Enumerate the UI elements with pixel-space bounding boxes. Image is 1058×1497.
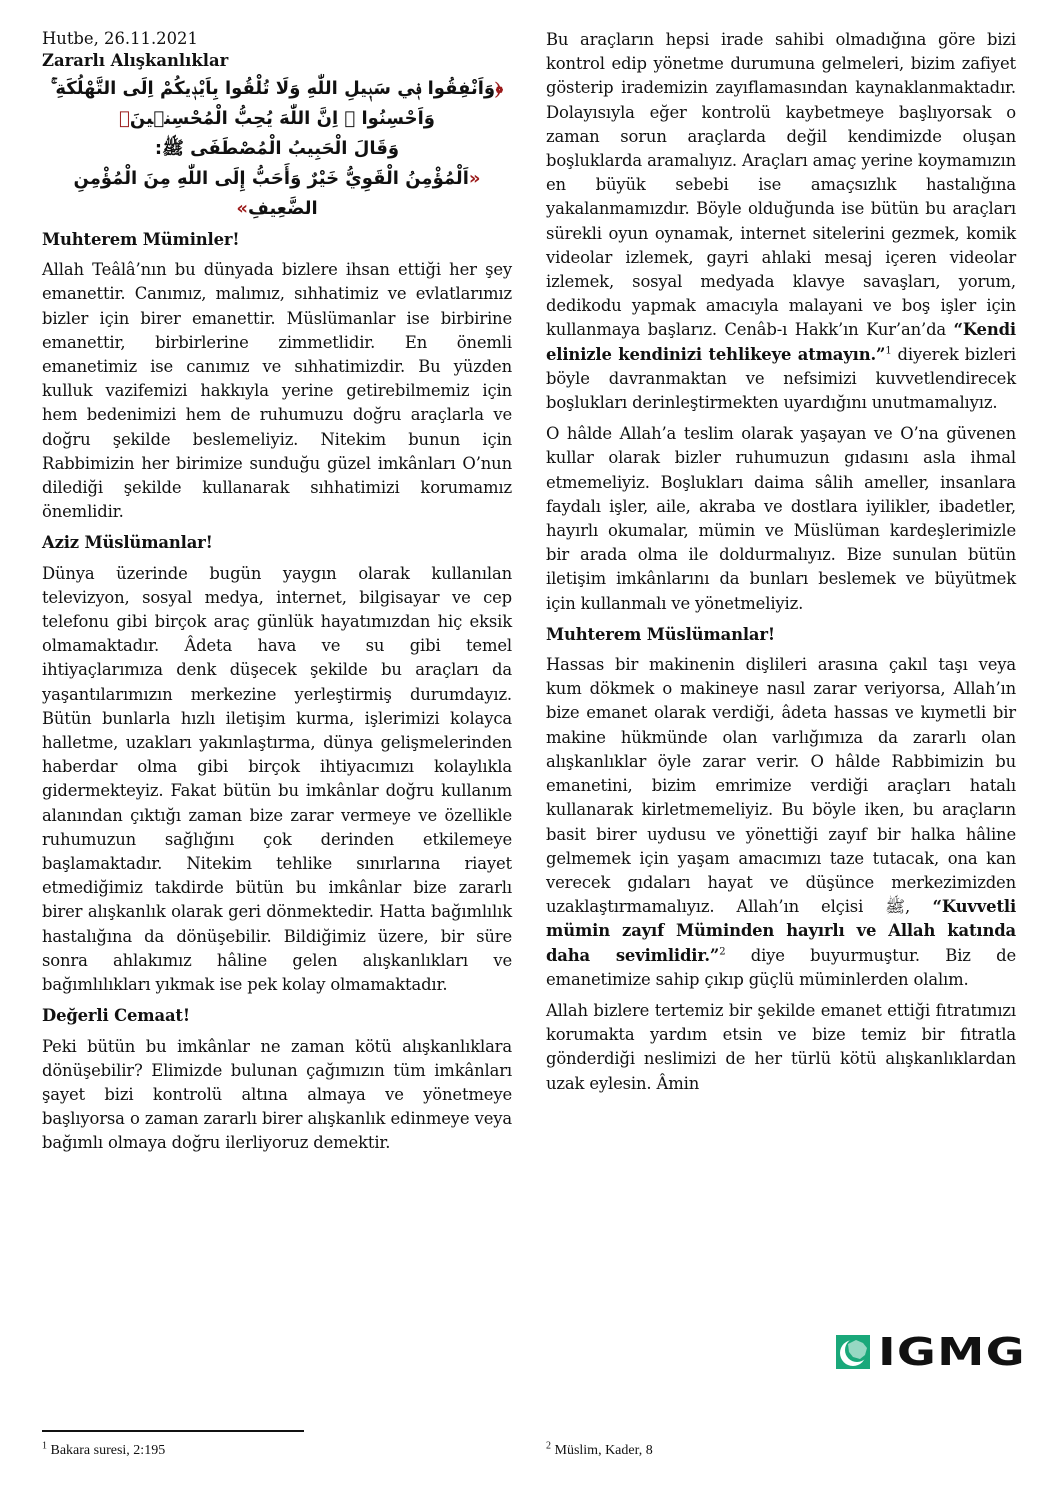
paragraph: Hassas bir makinenin dişlileri arasına ç… xyxy=(546,653,1016,992)
section-heading: Muhterem Müslümanlar! xyxy=(546,623,1016,647)
paragraph: Peki bütün bu imkânlar ne zaman kötü alı… xyxy=(42,1035,512,1156)
arabic-hadith: «اَلْمُؤْمِنُ الْقَوِيُّ خَيْرٌ وَأَحَبُ… xyxy=(42,164,512,224)
igmg-logo: IGMG xyxy=(836,1335,996,1369)
arabic-hadith-intro: وَقَالَ الْحَبِيبُ الْمُصْطَفَى ﷺ: xyxy=(42,134,512,164)
section-heading: Değerli Cemaat! xyxy=(42,1004,512,1028)
footnote-divider xyxy=(42,1430,304,1432)
arabic-verse-line-2: وَاَحْسِنُوا ۚ اِنَّ اللّٰهَ يُحِبُّ الْ… xyxy=(42,104,512,134)
footnote-1: 1 Bakara suresi, 2:195 xyxy=(42,1443,165,1459)
ornate-bracket-open: ﴿ xyxy=(495,78,503,99)
crescent-map-icon xyxy=(836,1335,870,1369)
arabic-verse: ﴿وَاَنْفِقُوا فٖي سَبٖيلِ اللّٰهِ وَلَا … xyxy=(42,74,512,224)
footnote-2: 2 Müslim, Kader, 8 xyxy=(546,1443,653,1459)
ornate-bracket-close: ﴾ xyxy=(119,108,130,129)
paragraph: Bu araçların hepsi irade sahibi olmadığı… xyxy=(546,28,1016,415)
paragraph: Dünya üzerinde bugün yaygın olarak kulla… xyxy=(42,562,512,998)
section-heading: Muhterem Müminler! xyxy=(42,228,512,252)
closing-prayer: Allah bizlere tertemiz bir şekilde emane… xyxy=(546,999,1016,1096)
section-heading: Aziz Müslümanlar! xyxy=(42,531,512,555)
paragraph: O hâlde Allah’a teslim olarak yaşayan ve… xyxy=(546,422,1016,616)
sermon-date: Hutbe, 26.11.2021 xyxy=(42,28,512,50)
arabic-verse-line-1: ﴿وَاَنْفِقُوا فٖي سَبٖيلِ اللّٰهِ وَلَا … xyxy=(42,74,512,104)
paragraph: Allah Teâlâ’nın bu dünyada bizlere ihsan… xyxy=(42,258,512,524)
left-column: Hutbe, 26.11.2021 Zararlı Alışkanlıklar … xyxy=(42,28,512,1163)
quote-mark-close: » xyxy=(236,198,248,219)
logo-text: IGMG xyxy=(878,1335,1026,1369)
right-column: Bu araçların hepsi irade sahibi olmadığı… xyxy=(546,28,1016,1103)
quote-mark-open: « xyxy=(469,168,481,189)
sermon-title: Zararlı Alışkanlıklar xyxy=(42,50,512,72)
